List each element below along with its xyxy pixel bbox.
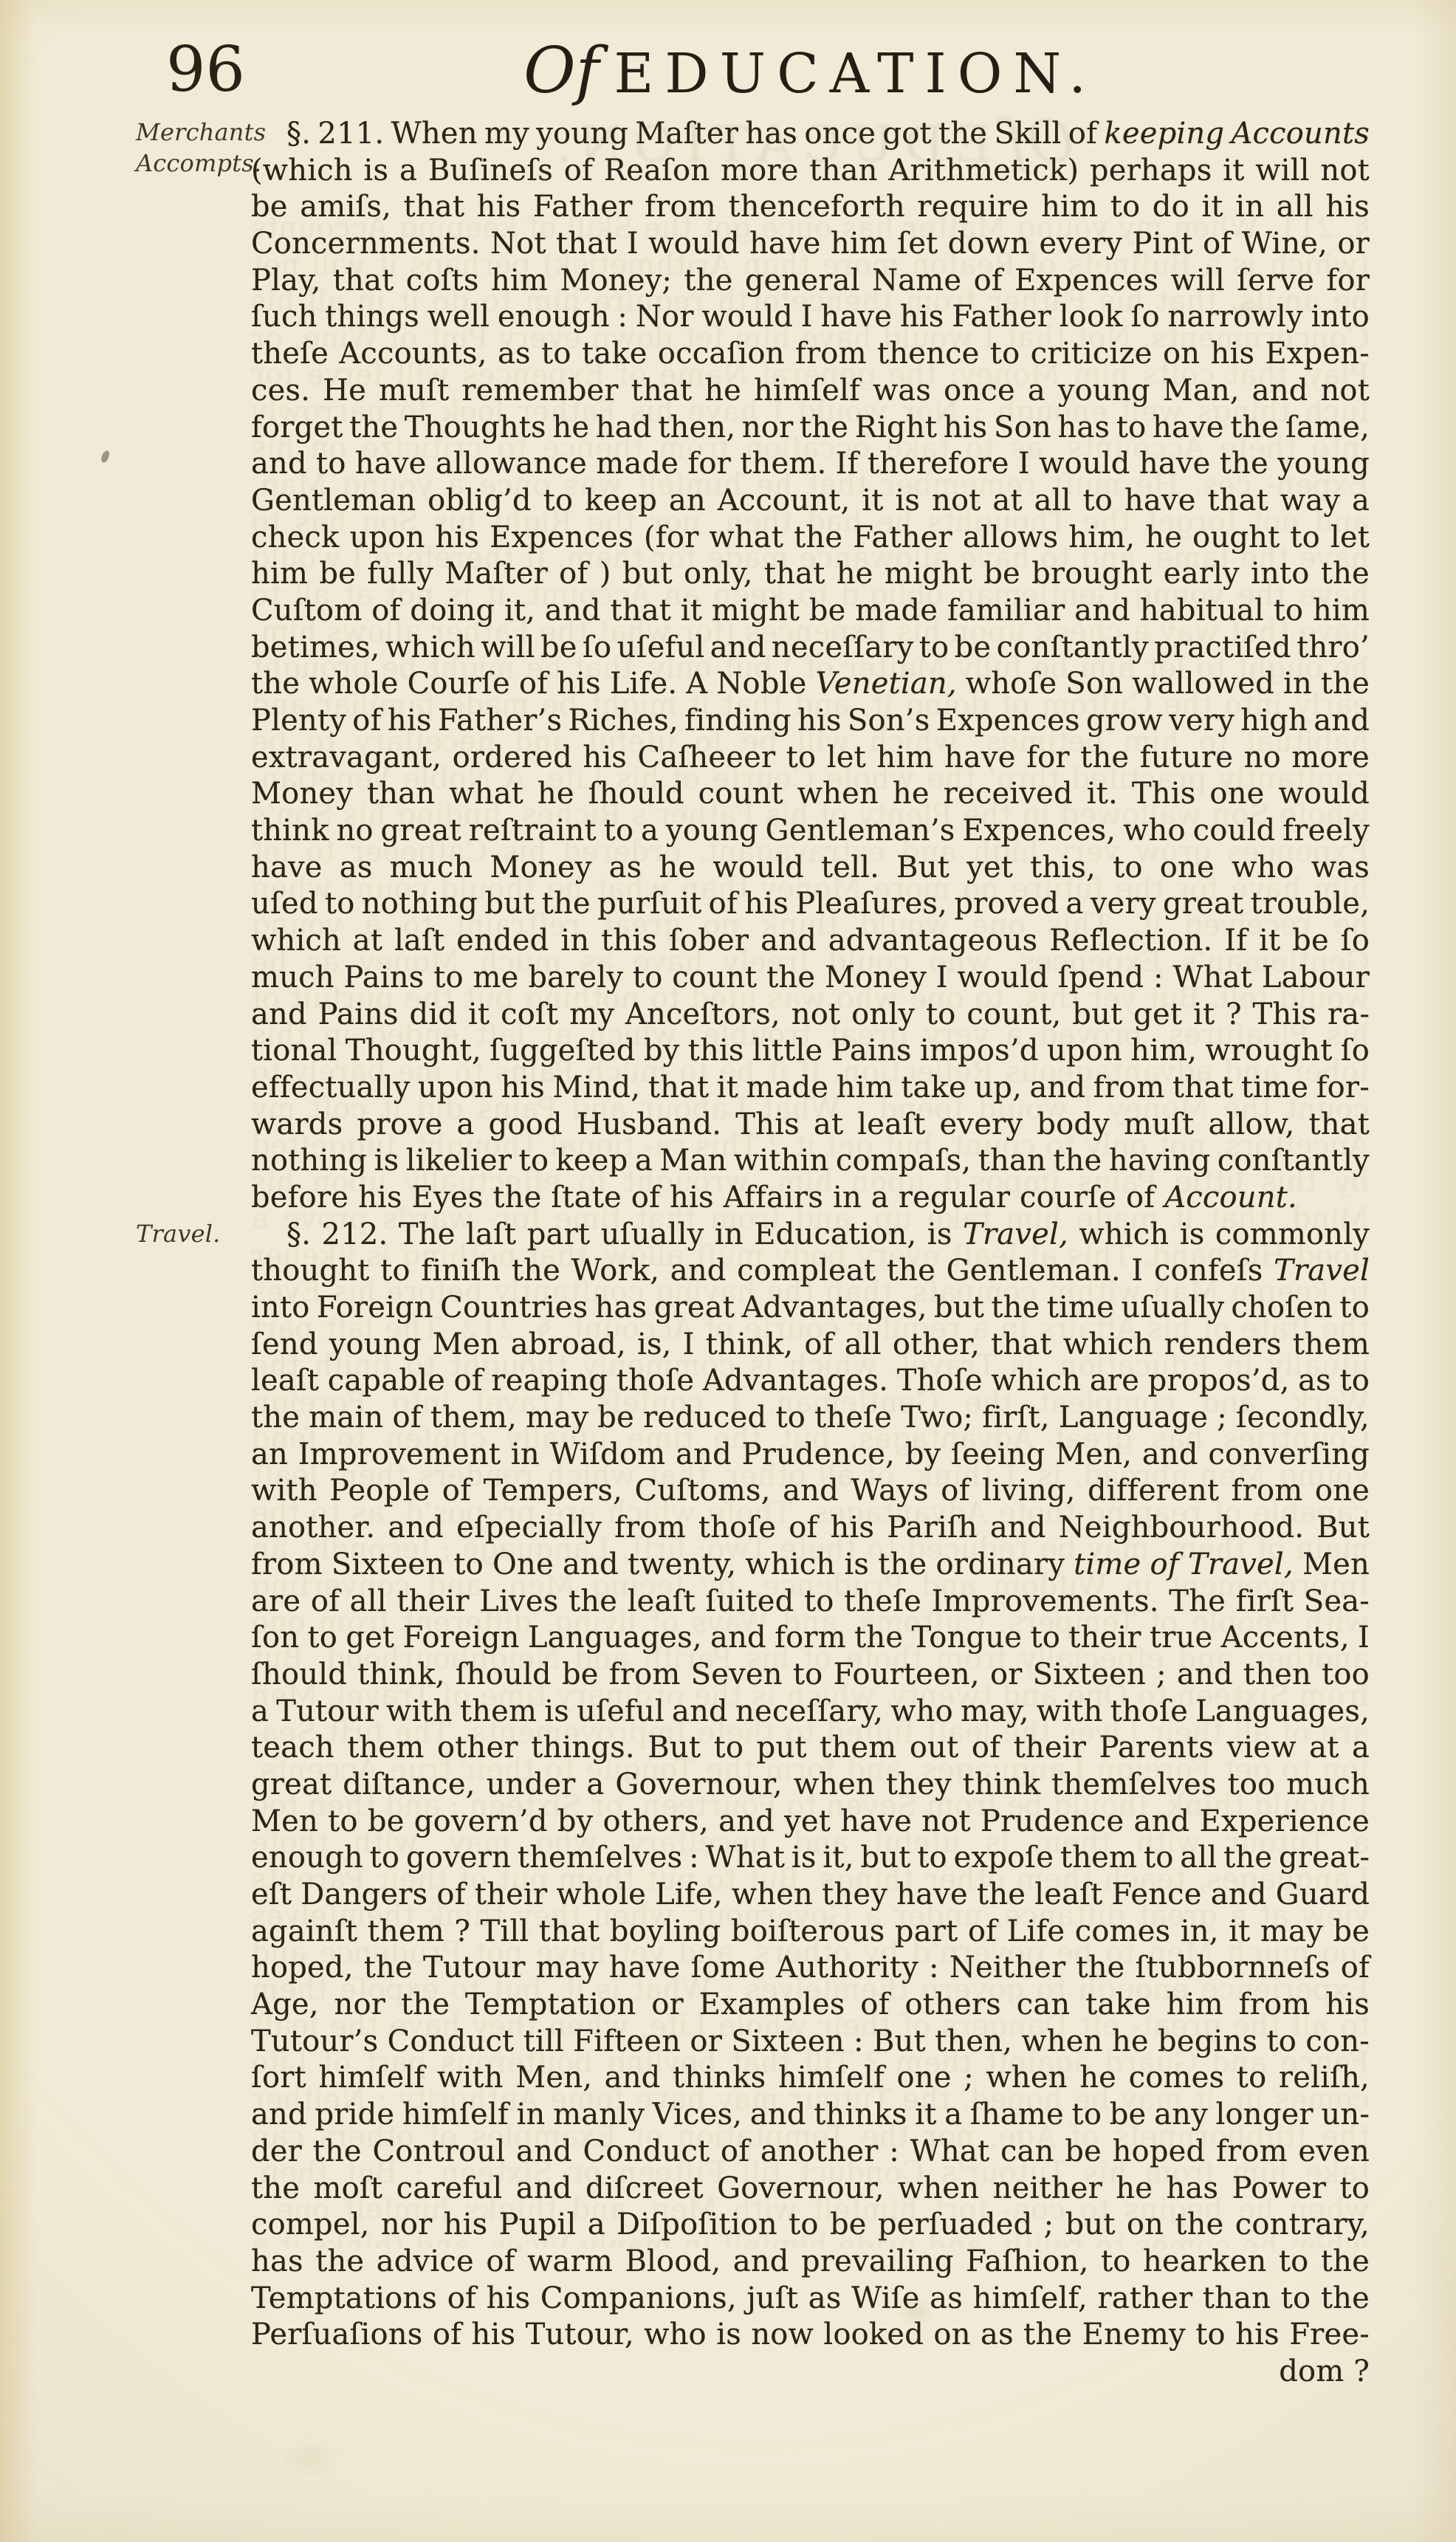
- text-line: much Pains to me barely to count the Mon…: [251, 960, 1370, 997]
- text-line: §. 212. The laſt part uſually in Educati…: [251, 1217, 1370, 1254]
- text-line: has the advice of warm Blood, and prevai…: [251, 2244, 1370, 2281]
- text-line: Cuſtom of doing it, and that it might be…: [251, 593, 1370, 630]
- text-line: eſt Dangers of their whole Life, when th…: [251, 1877, 1370, 1914]
- text-line: him be fully Maſter of ) but only, that …: [251, 556, 1370, 593]
- running-header-title: EDUCATION.: [614, 42, 1097, 106]
- paragraphs: §. 211. When my young Maſter has once go…: [251, 116, 1370, 2354]
- ink-speck: [100, 450, 111, 464]
- text-line: der the Controul and Conduct of another …: [251, 2134, 1370, 2171]
- text-line: the main of them, may be reduced to theſ…: [251, 1400, 1370, 1437]
- running-header: OfEDUCATION.: [251, 34, 1370, 111]
- text-line: ſuch things well enough : Nor would I ha…: [251, 299, 1370, 336]
- text-line: and Pains did it coſt my Anceſtors, not …: [251, 997, 1370, 1034]
- text-line: againſt them ? Till that boyling boiſter…: [251, 1914, 1370, 1951]
- paragraph-211: §. 211. When my young Maſter has once go…: [251, 116, 1370, 1217]
- text-line: Gentleman oblig’d to keep an Account, it…: [251, 483, 1370, 520]
- running-header-of: Of: [523, 34, 599, 108]
- text-line: check upon his Expences (for what the Fa…: [251, 520, 1370, 557]
- text-line: ſort himſelf with Men, and thinks himſel…: [251, 2060, 1370, 2097]
- page-number: 96: [166, 35, 245, 103]
- text-line: ſhould think, ſhould be from Seven to Fo…: [251, 1657, 1370, 1694]
- text-line: great diſtance, under a Governour, when …: [251, 1767, 1370, 1804]
- text-line: extravagant, ordered his Caſheeer to let…: [251, 740, 1370, 777]
- text-line: into Foreign Countries has great Advanta…: [251, 1290, 1370, 1327]
- text-line: §. 211. When my young Maſter has once go…: [251, 116, 1370, 153]
- text-line: another. and eſpecially from thoſe of hi…: [251, 1510, 1370, 1547]
- text-line: have as much Money as he would tell. But…: [251, 850, 1370, 887]
- text-line: Plenty of his Father’s Riches, finding h…: [251, 703, 1370, 740]
- text-line: a Tutour with them is uſeful and neceſſa…: [251, 1694, 1370, 1731]
- text-line: Temptations of his Companions, juſt as W…: [251, 2281, 1370, 2318]
- book-page-scan: OfEDUCATION. §. 211. When my young Maſte…: [0, 0, 1456, 2542]
- text-line: Play, that coſts him Money; the general …: [251, 263, 1370, 300]
- text-line: Tutour’s Conduct till Fifteen or Sixteen…: [251, 2024, 1370, 2061]
- text-line: with People of Tempers, Cuſtoms, and Way…: [251, 1473, 1370, 1510]
- text-line: Age, nor the Temptation or Examples of o…: [251, 1987, 1370, 2024]
- text-line: betimes, which will be ſo uſeful and nec…: [251, 630, 1370, 667]
- text-line: ſend young Men abroad, is, I think, of a…: [251, 1327, 1370, 1364]
- text-line: leaſt capable of reaping thoſe Advantage…: [251, 1363, 1370, 1400]
- text-line: theſe Accounts, as to take occaſion from…: [251, 336, 1370, 373]
- text-line: tional Thought, ſuggeſted by this little…: [251, 1033, 1370, 1070]
- text-line: and pride himſelf in manly Vices, and th…: [251, 2097, 1370, 2134]
- text-line: from Sixteen to One and twenty, which is…: [251, 1547, 1370, 1584]
- text-line: think no great reſtraint to a young Gent…: [251, 813, 1370, 850]
- text-line: be amiſs, that his Father from thencefor…: [251, 189, 1370, 226]
- text-body: §. 211. When my young Maſter has once go…: [251, 116, 1370, 2391]
- text-line: nothing is likelier to keep a Man within…: [251, 1143, 1370, 1180]
- text-line: effectually upon his Mind, that it made …: [251, 1070, 1370, 1107]
- text-line: ſon to get Foreign Languages, and form t…: [251, 1620, 1370, 1657]
- text-line: ces. He muſt remember that he himſelf wa…: [251, 373, 1370, 410]
- text-line: before his Eyes the ſtate of his Affairs…: [251, 1180, 1370, 1217]
- text-line: compel, nor his Pupil a Diſpoſition to b…: [251, 2207, 1370, 2244]
- text-line: and to have allowance made for them. If …: [251, 446, 1370, 483]
- text-line: Perſuaſions of his Tutour, who is now lo…: [251, 2317, 1370, 2354]
- text-line: Concernments. Not that I would have him …: [251, 226, 1370, 263]
- text-line: are of all their Lives the leaſt ſuited …: [251, 1584, 1370, 1621]
- catchword: dom ?: [251, 2354, 1370, 2391]
- text-line: wards prove a good Husband. This at leaſ…: [251, 1107, 1370, 1144]
- text-line: which at laſt ended in this ſober and ad…: [251, 923, 1370, 960]
- text-line: enough to govern themſelves : What is it…: [251, 1840, 1370, 1877]
- text-line: the moſt careful and diſcreet Governour,…: [251, 2171, 1370, 2208]
- text-line: forget the Thoughts he had then, nor the…: [251, 410, 1370, 447]
- paragraph-212: §. 212. The laſt part uſually in Educati…: [251, 1217, 1370, 2354]
- text-line: an Improvement in Wiſdom and Prudence, b…: [251, 1437, 1370, 1474]
- text-line: Men to be govern’d by others, and yet ha…: [251, 1804, 1370, 1841]
- text-line: hoped, the Tutour may have ſome Authorit…: [251, 1950, 1370, 1987]
- text-line: teach them other things. But to put them…: [251, 1730, 1370, 1767]
- text-line: the whole Courſe of his Life. A Noble Ve…: [251, 666, 1370, 703]
- text-line: thought to finiſh the Work, and compleat…: [251, 1253, 1370, 1290]
- text-line: Money than what he ſhould count when he …: [251, 776, 1370, 813]
- text-line: uſed to nothing but the purſuit of his P…: [251, 886, 1370, 923]
- text-line: (which is a Buſineſs of Reaſon more than…: [251, 153, 1370, 190]
